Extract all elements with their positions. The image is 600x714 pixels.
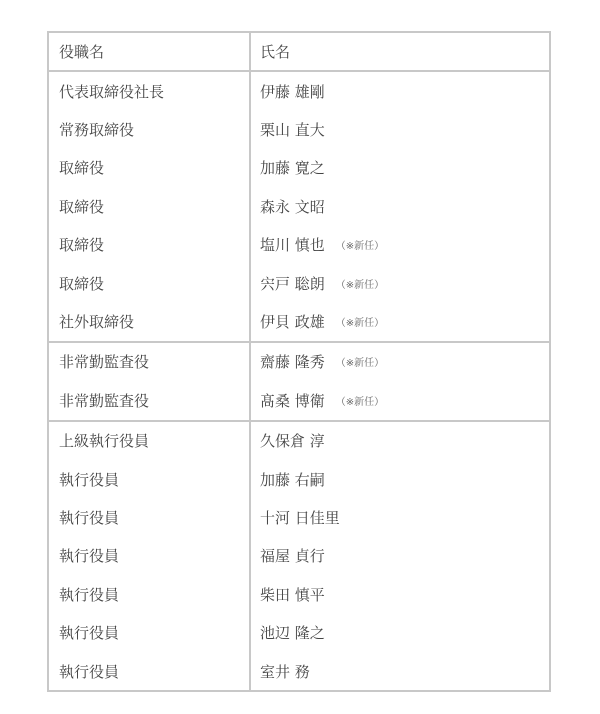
name-cell: 久保倉 淳 xyxy=(251,422,549,460)
position-cell: 非常勤監査役 xyxy=(49,343,251,381)
position-cell: 常務取締役 xyxy=(49,110,251,148)
table-row: 取締役宍戸 聡朗（※新任） xyxy=(49,264,549,302)
name-cell: 栗山 直大 xyxy=(251,110,549,148)
table-row: 取締役森永 文昭 xyxy=(49,187,549,225)
position-cell: 代表取締役社長 xyxy=(49,72,251,110)
table-row: 上級執行役員久保倉 淳 xyxy=(49,422,549,460)
position-cell: 取締役 xyxy=(49,187,251,225)
name-cell: 柴田 慎平 xyxy=(251,575,549,613)
table-row: 非常勤監査役髙桑 博衛（※新任） xyxy=(49,381,549,421)
new-appointment-note: （※新任） xyxy=(336,314,384,329)
person-name: 齋藤 隆秀 xyxy=(260,351,325,372)
person-name: 塩川 慎也 xyxy=(260,234,325,255)
new-appointment-note: （※新任） xyxy=(336,393,384,408)
position-cell: 執行役員 xyxy=(49,575,251,613)
person-name: 宍戸 聡朗 xyxy=(260,273,325,294)
person-name: 加藤 寛之 xyxy=(260,157,325,178)
name-cell: 加藤 寛之 xyxy=(251,149,549,187)
position-cell: 取締役 xyxy=(49,264,251,302)
officers-table: 役職名 氏名 代表取締役社長伊藤 雄剛常務取締役栗山 直大取締役加藤 寛之取締役… xyxy=(47,31,551,692)
person-name: 髙桑 博衛 xyxy=(260,390,325,411)
name-cell: 塩川 慎也（※新任） xyxy=(251,226,549,264)
person-name: 加藤 右嗣 xyxy=(260,469,325,490)
table-row: 執行役員福屋 貞行 xyxy=(49,537,549,575)
name-cell: 池辺 隆之 xyxy=(251,613,549,651)
position-cell: 非常勤監査役 xyxy=(49,381,251,419)
table-row: 代表取締役社長伊藤 雄剛 xyxy=(49,72,549,110)
table-row: 執行役員室井 務 xyxy=(49,652,549,690)
position-cell: 執行役員 xyxy=(49,613,251,651)
table-row: 執行役員加藤 右嗣 xyxy=(49,460,549,498)
position-cell: 執行役員 xyxy=(49,537,251,575)
header-name: 氏名 xyxy=(251,33,549,70)
table-row: 執行役員柴田 慎平 xyxy=(49,575,549,613)
name-cell: 齋藤 隆秀（※新任） xyxy=(251,343,549,381)
position-cell: 執行役員 xyxy=(49,498,251,536)
name-cell: 森永 文昭 xyxy=(251,187,549,225)
name-cell: 加藤 右嗣 xyxy=(251,460,549,498)
new-appointment-note: （※新任） xyxy=(336,237,384,252)
position-cell: 社外取締役 xyxy=(49,302,251,340)
name-cell: 十河 日佳里 xyxy=(251,498,549,536)
person-name: 久保倉 淳 xyxy=(260,430,325,451)
position-cell: 執行役員 xyxy=(49,652,251,690)
person-name: 室井 務 xyxy=(260,661,310,682)
table-row: 常務取締役栗山 直大 xyxy=(49,110,549,148)
new-appointment-note: （※新任） xyxy=(336,354,384,369)
table-row: 取締役加藤 寛之 xyxy=(49,149,549,187)
person-name: 伊藤 雄剛 xyxy=(260,81,325,102)
person-name: 十河 日佳里 xyxy=(260,507,340,528)
person-name: 柴田 慎平 xyxy=(260,584,325,605)
table-row: 執行役員十河 日佳里 xyxy=(49,498,549,536)
name-cell: 福屋 貞行 xyxy=(251,537,549,575)
position-cell: 執行役員 xyxy=(49,460,251,498)
person-name: 福屋 貞行 xyxy=(260,545,325,566)
name-cell: 室井 務 xyxy=(251,652,549,690)
name-cell: 宍戸 聡朗（※新任） xyxy=(251,264,549,302)
name-cell: 髙桑 博衛（※新任） xyxy=(251,381,549,419)
table-row: 社外取締役伊貝 政雄（※新任） xyxy=(49,302,549,342)
position-cell: 取締役 xyxy=(49,149,251,187)
table-row: 執行役員池辺 隆之 xyxy=(49,613,549,651)
person-name: 森永 文昭 xyxy=(260,196,325,217)
person-name: 栗山 直大 xyxy=(260,119,325,140)
position-cell: 上級執行役員 xyxy=(49,422,251,460)
position-cell: 取締役 xyxy=(49,226,251,264)
header-position: 役職名 xyxy=(49,33,251,70)
table-body: 代表取締役社長伊藤 雄剛常務取締役栗山 直大取締役加藤 寛之取締役森永 文昭取締… xyxy=(49,72,549,690)
table-row: 非常勤監査役齋藤 隆秀（※新任） xyxy=(49,343,549,381)
person-name: 池辺 隆之 xyxy=(260,622,325,643)
name-cell: 伊貝 政雄（※新任） xyxy=(251,302,549,340)
new-appointment-note: （※新任） xyxy=(336,276,384,291)
person-name: 伊貝 政雄 xyxy=(260,311,325,332)
table-header-row: 役職名 氏名 xyxy=(49,33,549,72)
table-row: 取締役塩川 慎也（※新任） xyxy=(49,226,549,264)
name-cell: 伊藤 雄剛 xyxy=(251,72,549,110)
